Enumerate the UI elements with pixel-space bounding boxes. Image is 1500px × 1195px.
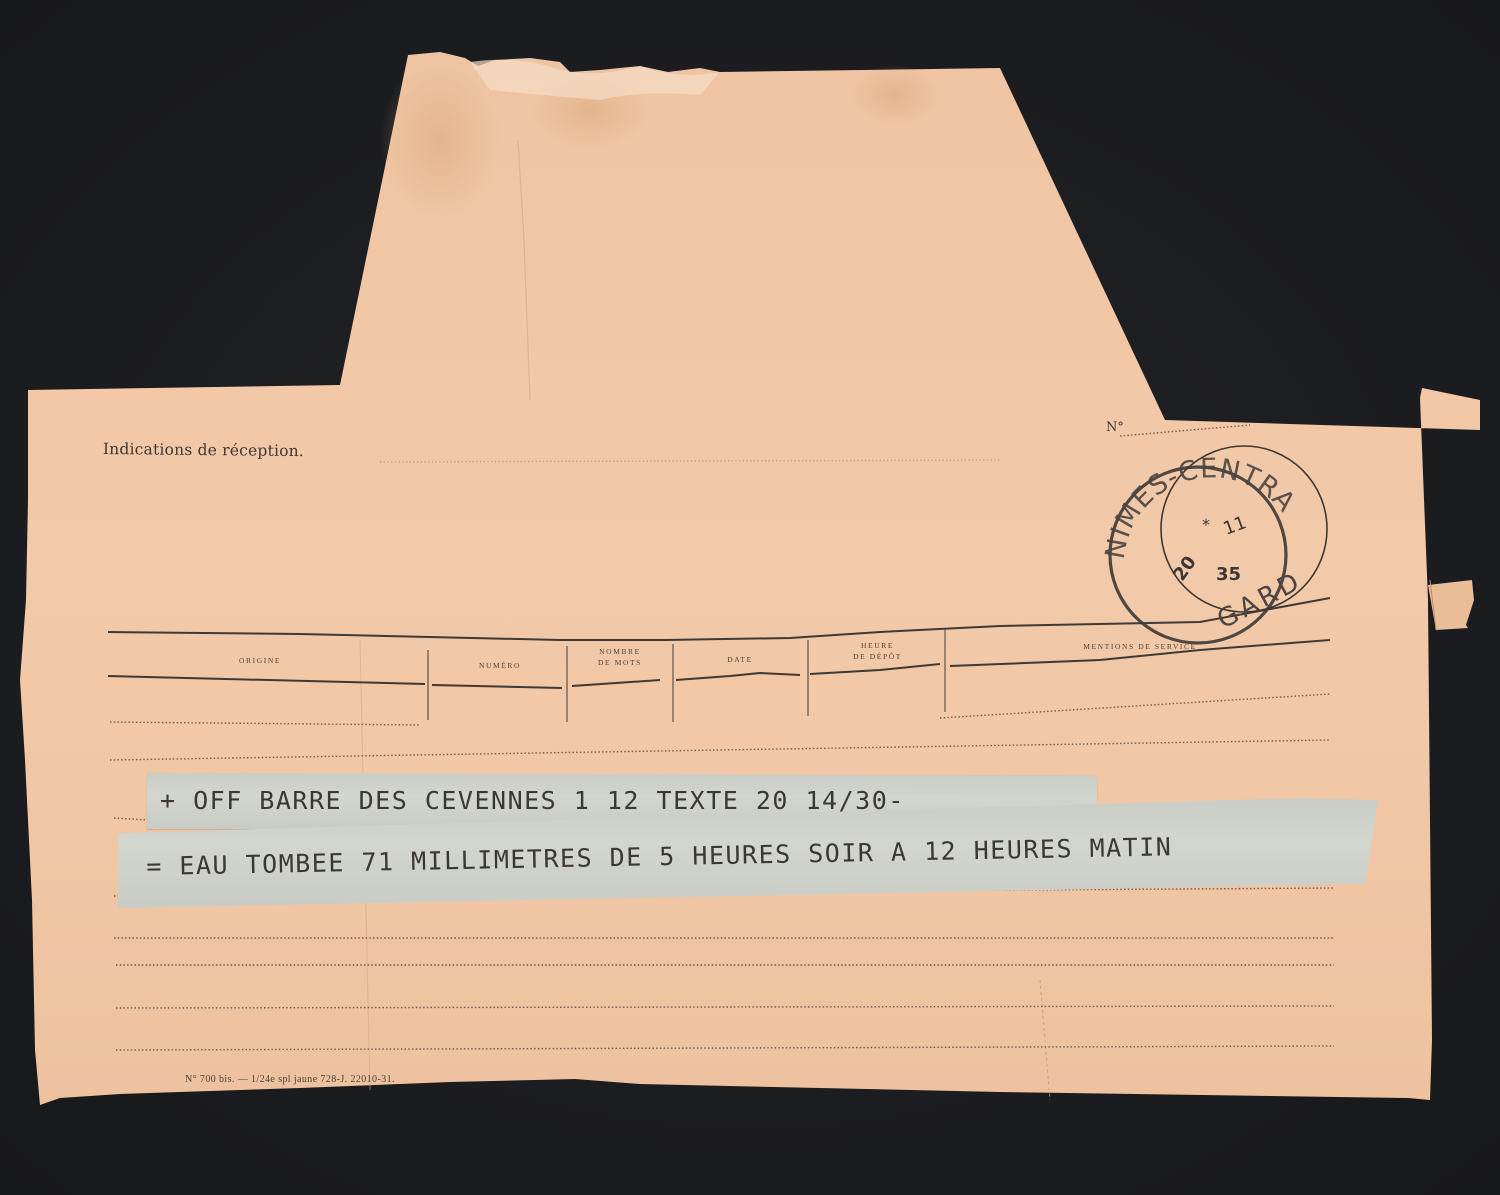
column-header-heure-line2: DE DÉPÔT	[820, 651, 935, 662]
column-header-date: DATE	[690, 654, 790, 665]
column-header-nombre-line1: NOMBRE	[575, 646, 665, 657]
column-header-heure-line1: HEURE	[820, 640, 935, 651]
postmark-day: 20	[1169, 552, 1201, 585]
column-header-numero: NUMÉRO	[440, 660, 560, 671]
column-header-origine: ORIGINE	[200, 655, 320, 666]
column-header-nombre-de-mots: NOMBRE DE MOTS	[575, 646, 665, 668]
postmark-separator: *	[1202, 515, 1210, 534]
postmark-month: 11	[1221, 512, 1250, 540]
column-header-nombre-line2: DE MOTS	[575, 657, 665, 668]
postmark-city-text: NIMES-CENTRAL	[1086, 406, 1302, 561]
postmark-year: 35	[1216, 564, 1241, 585]
postmark-stamp: NIMES-CENTRAL GARD * 11 20 35	[1100, 465, 1300, 665]
telegram-header-line: + OFF BARRE DES CEVENNES 1 12 TEXTE 20 1…	[160, 786, 905, 815]
column-header-heure-de-depot: HEURE DE DÉPÔT	[820, 640, 935, 662]
form-print-reference: N° 700 bis. — 1/24e spl jaune 728-J. 220…	[185, 1074, 395, 1085]
column-header-mentions-de-service: MENTIONS DE SERVICE	[1050, 641, 1230, 652]
svg-text:NIMES-CENTRAL: NIMES-CENTRAL	[1086, 406, 1302, 561]
reception-indications-label: Indications de réception.	[103, 440, 304, 460]
